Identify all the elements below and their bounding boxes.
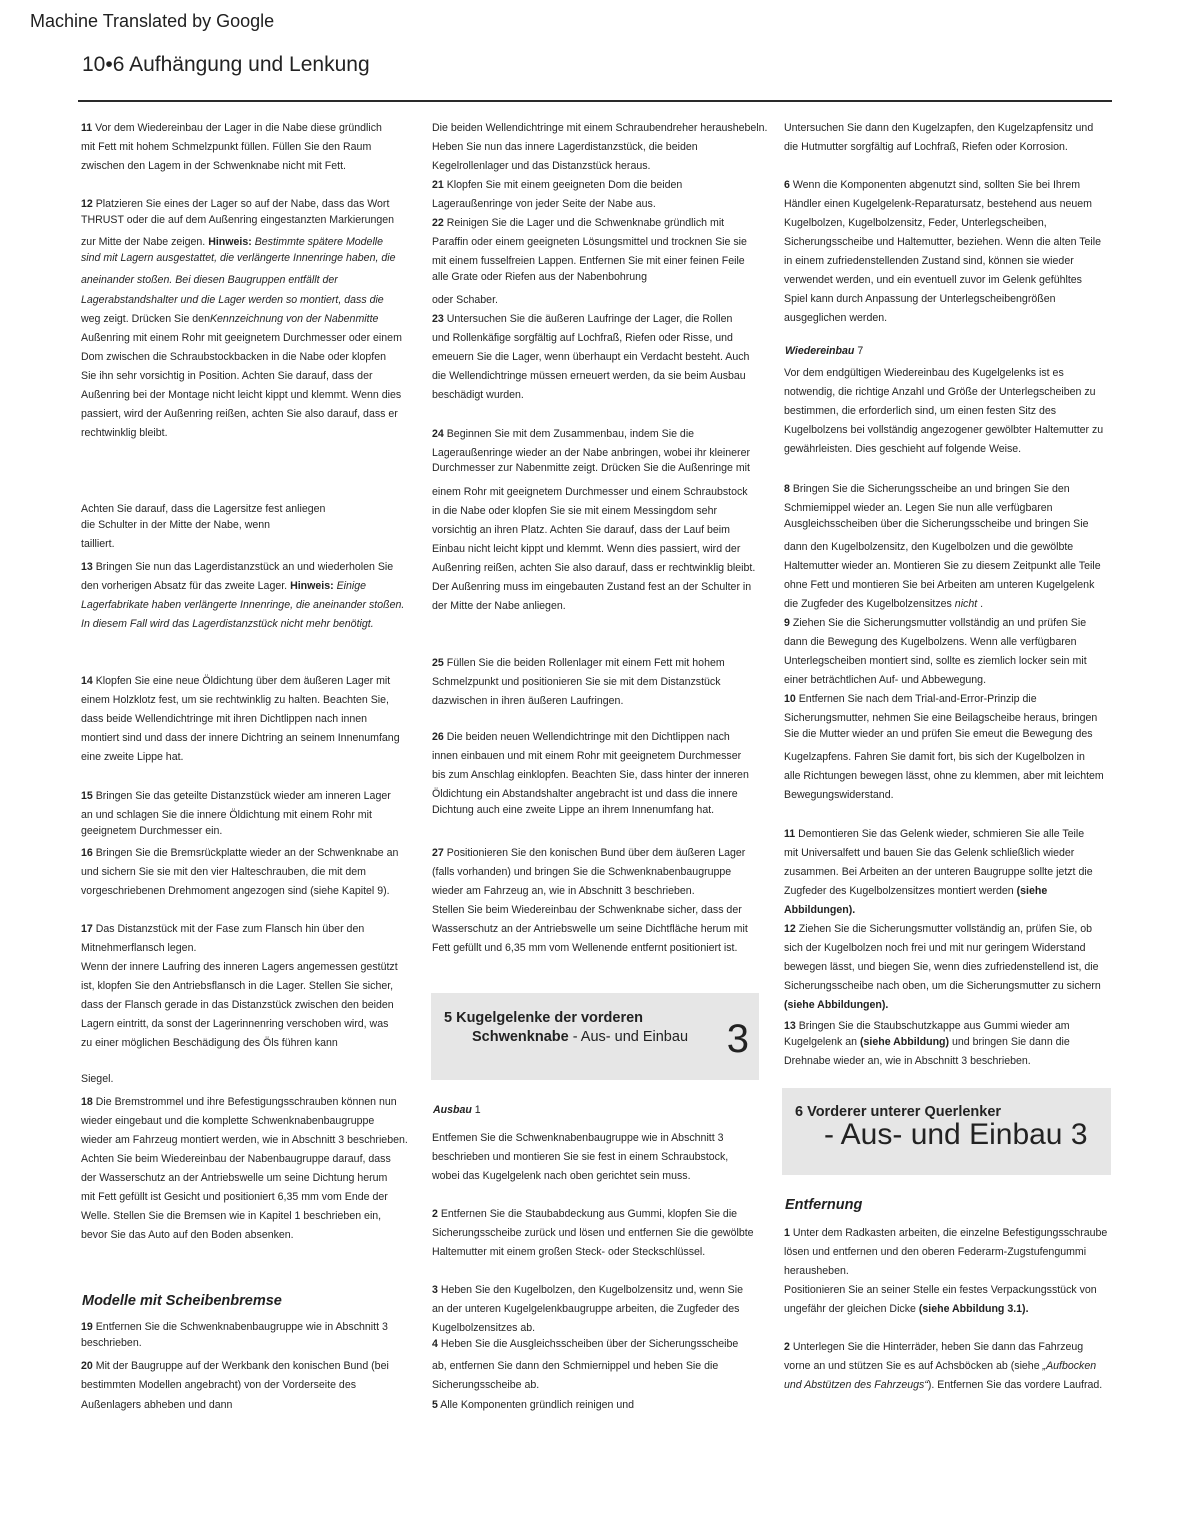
text-line: Siegel. — [81, 1073, 113, 1086]
text-line: Die beiden Wellendichtringe mit einem Sc… — [432, 122, 767, 135]
text-line: Stellen Sie beim Wiedereinbau der Schwen… — [432, 904, 742, 917]
text-line: Kugelgelenk an (siehe Abbildung) und bri… — [784, 1036, 1070, 1049]
section-6-title-line2: - Aus- und Einbau 3 — [824, 1118, 1088, 1152]
text-line: Öldichtung ein Abstandshalter angebracht… — [432, 788, 738, 801]
text-line: alle Richtungen bewegen lässt, ohne zu k… — [784, 770, 1104, 783]
text-line: Sicherungsscheibe zurück und lösen und e… — [432, 1227, 754, 1240]
text-line: mit einem fusselfreien Lappen. Entfernen… — [432, 255, 745, 268]
text-line: oder Schaber. — [432, 294, 498, 307]
text-line: 17 Das Distanzstück mit der Fase zum Fla… — [81, 923, 364, 936]
text-line: und Abstützen des Fahrzeugs“). Entfernen… — [784, 1379, 1102, 1392]
text-line: zur Mitte der Nabe zeigen. Hinweis: Best… — [81, 236, 383, 249]
text-line: 3 Heben Sie den Kugelbolzen, den Kugelbo… — [432, 1284, 743, 1297]
text-line: rechtwinklig bleibt. — [81, 427, 168, 440]
text-line: wieder am Fahrzeug an, wie in Abschnitt … — [432, 885, 695, 898]
text-line: ungefähr der gleichen Dicke (siehe Abbil… — [784, 1303, 1029, 1316]
text-line: 19 Entfernen Sie die Schwenknabenbaugrup… — [81, 1321, 388, 1334]
text-line: 25 Füllen Sie die beiden Rollenlager mit… — [432, 657, 725, 670]
text-line: Händler einen Kugelgelenk-Reparatursatz,… — [784, 198, 1092, 211]
text-line: Entfemen Sie die Schwenknabenbaugruppe w… — [432, 1132, 724, 1145]
text-line: Kugelbolzensitzes ab. — [432, 1322, 535, 1335]
text-line: Untersuchen Sie dann den Kugelzapfen, de… — [784, 122, 1093, 135]
text-line: an der unteren Kugelgelenkbaugruppe arbe… — [432, 1303, 739, 1316]
text-line: verwendet werden, und ein eventuell zuvo… — [784, 274, 1082, 287]
text-line: Lagern eintritt, da sonst der Lagerinnen… — [81, 1018, 388, 1031]
subheading-entfernung: Entfernung — [785, 1197, 862, 1213]
text-line: 27 Positionieren Sie den konischen Bund … — [432, 847, 745, 860]
text-line: 12 Ziehen Sie die Sicherungsmutter volls… — [784, 923, 1092, 936]
text-line: Außenlagers abheben und dann — [81, 1399, 232, 1412]
chapter-number: 3 — [727, 1017, 749, 1062]
text-line: Drehnabe wieder an, wie in Abschnitt 3 b… — [784, 1055, 1031, 1068]
text-line: Wenn der innere Laufring des inneren Lag… — [81, 961, 398, 974]
page-title: 10•6 Aufhängung und Lenkung — [82, 53, 370, 77]
text-line: (falls vorhanden) und bringen Sie die Sc… — [432, 866, 731, 879]
text-line: 22 Reinigen Sie die Lager und die Schwen… — [432, 217, 724, 230]
text-line: dass beide Wellendichtringe mit ihren Di… — [81, 713, 367, 726]
text-line: bestimmen, die erforderlich sind, um ein… — [784, 405, 1056, 418]
text-line: 4 Heben Sie die Ausgleichsscheiben über … — [432, 1338, 738, 1351]
text-line: der Mitte der Nabe anliegen. — [432, 600, 566, 613]
text-line: emeuern Sie die Lager, wenn überhaupt ei… — [432, 351, 749, 364]
text-line: lösen und entfernen und den oberen Feder… — [784, 1246, 1086, 1259]
text-line: passiert, wird der Außenring reißen, ach… — [81, 408, 398, 421]
text-line: Einbau nicht leicht kippt und klemmt. We… — [432, 543, 740, 556]
text-line: Schmiemippel wieder an. Legen Sie nun al… — [784, 502, 1053, 515]
text-line: 11 Demontieren Sie das Gelenk wieder, sc… — [784, 828, 1084, 841]
text-line: 10 Entfernen Sie nach dem Trial-and-Erro… — [784, 693, 1037, 706]
text-line: herausheben. — [784, 1265, 849, 1278]
text-line: Schmelzpunkt und positionieren Sie sie m… — [432, 676, 721, 689]
text-line: 14 Klopfen Sie eine neue Öldichtung über… — [81, 675, 390, 688]
text-line: mit Fett mit hohem Schmelzpunkt füllen. … — [81, 141, 371, 154]
text-line: geeignetem Durchmesser ein. — [81, 825, 222, 838]
text-line: Lageraußenringe wieder an der Nabe anbri… — [432, 447, 750, 460]
text-line: Abbildungen). — [784, 904, 855, 917]
text-line: Zugfeder des Kugelbolzensitzes montiert … — [784, 885, 1047, 898]
text-line: beschädigt wurden. — [432, 389, 524, 402]
section-5-title-line1: 5 Kugelgelenke der vorderen — [444, 1010, 643, 1026]
text-line: 16 Bringen Sie die Bremsrückplatte wiede… — [81, 847, 398, 860]
text-line: aneinander stoßen. Bei diesen Baugruppen… — [81, 274, 338, 287]
text-line: Sicherungsmutter, nehmen Sie eine Beilag… — [784, 712, 1097, 725]
text-line: Lageraußenringe von jeder Seite der Nabe… — [432, 198, 656, 211]
text-line: dann die Bewegung des Kugelbolzens. Wenn… — [784, 636, 1077, 649]
text-line: Haltemutter wieder an. Montieren Sie zu … — [784, 560, 1101, 573]
text-line: wobei das Kugelgelenk nach oben gerichte… — [432, 1170, 691, 1183]
text-line: sind mit Lagern ausgestattet, die verlän… — [81, 252, 396, 265]
text-line: Kugelzapfens. Fahren Sie damit fort, bis… — [784, 751, 1085, 764]
text-line: die Schulter in der Mitte der Nabe, wenn — [81, 519, 270, 532]
section-5-title-line2: Schwenknabe - Aus- und Einbau — [472, 1029, 688, 1045]
text-line: einer beträchtlichen Auf- und Abbewegung… — [784, 674, 986, 687]
text-line: montiert sind und dass der innere Dichtr… — [81, 732, 400, 745]
text-line: gewährleisten. Dies geschieht auf folgen… — [784, 443, 1021, 456]
text-line: 5 Alle Komponenten gründlich reinigen un… — [432, 1399, 634, 1412]
subheading-ausbau: Ausbau 1 — [433, 1104, 481, 1116]
text-line: vorne an und stützen Sie es auf Achsböck… — [784, 1360, 1096, 1373]
text-line: Bewegungswiderstand. — [784, 789, 894, 802]
text-line: bis zum Anschlag einklopfen. Beachten Si… — [432, 769, 749, 782]
subheading-wiedereinbau: Wiedereinbau 7 — [785, 345, 863, 357]
text-line: beschrieben und montieren Sie sie fest i… — [432, 1151, 728, 1164]
text-line: vorsichtig an ihren Platz. Achten Sie da… — [432, 524, 730, 537]
text-line: 21 Klopfen Sie mit einem geeigneten Dom … — [432, 179, 682, 192]
text-line: eine zweite Lippe hat. — [81, 751, 183, 764]
text-line: THRUST oder die auf dem Außenring einges… — [81, 214, 394, 227]
text-line: dann den Kugelbolzensitz, den Kugelbolze… — [784, 541, 1073, 554]
text-line: Sie die Mutter wieder an und prüfen Sie … — [784, 728, 1093, 741]
text-line: Außenring bei der Montage nicht leicht k… — [81, 389, 401, 402]
text-line: (siehe Abbildungen). — [784, 999, 888, 1012]
text-line: 8 Bringen Sie die Sicherungsscheibe an u… — [784, 483, 1070, 496]
text-line: weg zeigt. Drücken Sie denKennzeichnung … — [81, 313, 378, 326]
text-line: Dichtung auch eine zweite Lippe an ihrem… — [432, 804, 714, 817]
text-line: Lagerfabrikate haben verlängerte Innenri… — [81, 599, 404, 612]
text-line: zu einer möglichen Beschädigung des Öls … — [81, 1037, 338, 1050]
text-line: 18 Die Bremstrommel und ihre Befestigung… — [81, 1096, 397, 1109]
text-line: Lagerabstandshalter und die Lager werden… — [81, 294, 384, 307]
text-line: dazwischen in ihren äußeren Laufringen. — [432, 695, 623, 708]
text-line: Sie ihn sehr vorsichtig in Position. Ach… — [81, 370, 373, 383]
text-line: Der Außenring muss im eingebauten Zustan… — [432, 581, 751, 594]
text-line: Mitnehmerflansch legen. — [81, 942, 196, 955]
text-line: Sicherungsscheibe ab. — [432, 1379, 539, 1392]
text-line: vorgeschriebenen Drehmoment angezogen si… — [81, 885, 390, 898]
text-line: Fett gefüllt und 6,35 mm vom Wellenende … — [432, 942, 737, 955]
text-line: 11 Vor dem Wiedereinbau der Lager in die… — [81, 122, 382, 135]
text-line: Ausgleichsscheiben über die Sicherungssc… — [784, 518, 1088, 531]
text-line: zusammen. Bei Arbeiten an der unteren Ba… — [784, 866, 1093, 879]
text-line: Heben Sie nun das innere Lagerdistanzstü… — [432, 141, 698, 154]
text-line: ab, entfernen Sie dann den Schmiernippel… — [432, 1360, 718, 1373]
text-line: der Wasserschutz an der Antriebswelle um… — [81, 1172, 387, 1185]
text-line: Spiel kann durch Anpassung der Unterlegs… — [784, 293, 1056, 306]
machine-translated-banner: Machine Translated by Google — [30, 11, 274, 32]
text-line: die Zugfeder des Kugelbolzensitzes nicht… — [784, 598, 983, 611]
text-line: 6 Wenn die Komponenten abgenutzt sind, s… — [784, 179, 1080, 192]
text-line: 23 Untersuchen Sie die äußeren Laufringe… — [432, 313, 732, 326]
text-line: und sichern Sie sie mit den vier Haltesc… — [81, 866, 366, 879]
text-line: bestimmten Modellen angebracht) von der … — [81, 1379, 356, 1392]
text-line: In diesem Fall wird das Lagerdistanzstüc… — [81, 618, 374, 631]
text-line: Haltemutter mit einem großen Steck- oder… — [432, 1246, 705, 1259]
text-line: zwischen den Lagem in der Schwenknabe ni… — [81, 160, 346, 173]
text-line: 1 Unter dem Radkasten arbeiten, die einz… — [784, 1227, 1107, 1240]
text-line: alle Grate oder Riefen aus der Nabenbohr… — [432, 271, 647, 284]
text-line: mit Universalfett und bauen Sie das Gele… — [784, 847, 1074, 860]
text-line: dass der Flansch gerade in das Distanzst… — [81, 999, 394, 1012]
text-line: Kugelbolzens bei vollständig angezogener… — [784, 424, 1103, 437]
text-line: Sicherungsscheibe und Haltemutter, bezie… — [784, 236, 1101, 249]
text-line: ohne Fett und montieren Sie bei Arbeiten… — [784, 579, 1094, 592]
text-line: 13 Bringen Sie nun das Lagerdistanzstück… — [81, 561, 393, 574]
text-line: Wasserschutz an der Antriebswelle um sei… — [432, 923, 748, 936]
text-line: bevor Sie das Auto auf den Boden absenke… — [81, 1229, 294, 1242]
text-line: einem Rohr mit geeignetem Durchmesser un… — [432, 486, 748, 499]
text-line: wieder eingebaut und die komplette Schwe… — [81, 1115, 374, 1128]
text-line: 9 Ziehen Sie die Sicherungsmutter vollst… — [784, 617, 1086, 630]
text-line: Sicherungsscheibe nach oben, um die Sich… — [784, 980, 1101, 993]
text-line: beschrieben. — [81, 1337, 142, 1350]
text-line: 2 Entfernen Sie die Staubabdeckung aus G… — [432, 1208, 737, 1221]
text-line: und Rollenkäfige sorgfältig auf Lochfraß… — [432, 332, 733, 345]
text-line: die Hutmutter sorgfältig auf Lochfraß, R… — [784, 141, 1068, 154]
text-line: sich der Kugelbolzen noch frei und mit n… — [784, 942, 1086, 955]
text-line: Positionieren Sie an seiner Stelle ein f… — [784, 1284, 1097, 1297]
text-line: mit Fett gefüllt ist Gesicht und positio… — [81, 1191, 388, 1204]
text-line: Kugelbolzen, Kugelbolzensitz, Feder, Unt… — [784, 217, 1047, 230]
text-line: in die Nabe oder klopfen Sie sie mit ein… — [432, 505, 717, 518]
text-line: innen einbauen und mit einem Rohr mit ge… — [432, 750, 741, 763]
text-line: einem Holzklotz fest, um sie rechtwinkli… — [81, 694, 389, 707]
text-line: ausgeglichen werden. — [784, 312, 887, 325]
section-5-heading-box: 5 Kugelgelenke der vorderen Schwenknabe … — [431, 993, 759, 1080]
text-line: Welle. Stellen Sie die Bremsen wie in Ka… — [81, 1210, 381, 1223]
section-6-heading-box: 6 Vorderer unterer Querlenker - Aus- und… — [782, 1088, 1111, 1175]
text-line: 12 Platzieren Sie eines der Lager so auf… — [81, 198, 389, 211]
text-line: 20 Mit der Baugruppe auf der Werkbank de… — [81, 1360, 389, 1373]
subheading-disc-brake-models: Modelle mit Scheibenbremse — [82, 1293, 282, 1309]
text-line: in einem zufriedenstellenden Zustand sin… — [784, 255, 1074, 268]
text-line: Achten Sie beim Wiedereinbau der Nabenba… — [81, 1153, 391, 1166]
text-line: 13 Bringen Sie die Staubschutzkappe aus … — [784, 1020, 1070, 1033]
text-line: Außenring reißen, achten Sie also darauf… — [432, 562, 755, 575]
text-line: Kegelrollenlager und das Distanzstück he… — [432, 160, 650, 173]
text-line: Außenring mit einem Rohr mit geeignetem … — [81, 332, 402, 345]
text-line: ist, klopfen Sie den Antriebsflansch in … — [81, 980, 393, 993]
text-line: bewegen lässt, und biegen Sie, wenn dies… — [784, 961, 1099, 974]
header-divider — [78, 100, 1112, 102]
text-line: tailliert. — [81, 538, 115, 551]
text-line: Achten Sie darauf, dass die Lagersitze f… — [81, 503, 325, 516]
text-line: Vor dem endgültigen Wiedereinbau des Kug… — [784, 367, 1064, 380]
text-line: den vorherigen Absatz für das zweite Lag… — [81, 580, 366, 593]
text-line: die Wellendichtringe müssen erneuert wer… — [432, 370, 746, 383]
text-line: Unterlegscheiben montiert sind, sollte e… — [784, 655, 1087, 668]
text-line: notwendig, die richtige Anzahl und Größe… — [784, 386, 1096, 399]
text-line: 2 Unterlegen Sie die Hinterräder, heben … — [784, 1341, 1083, 1354]
text-line: Paraffin oder einem geeigneten Lösungsmi… — [432, 236, 747, 249]
text-line: wieder am Fahrzeug montiert werden, wie … — [81, 1134, 408, 1147]
text-line: Dom zwischen die Schraubstockbacken in d… — [81, 351, 386, 364]
text-line: 24 Beginnen Sie mit dem Zusammenbau, ind… — [432, 428, 694, 441]
text-line: 26 Die beiden neuen Wellendichtringe mit… — [432, 731, 730, 744]
text-line: 15 Bringen Sie das geteilte Distanzstück… — [81, 790, 391, 803]
text-line: Durchmesser zur Nabenmitte zeigt. Drücke… — [432, 462, 750, 475]
text-line: an und schlagen Sie die innere Öldichtun… — [81, 809, 372, 822]
